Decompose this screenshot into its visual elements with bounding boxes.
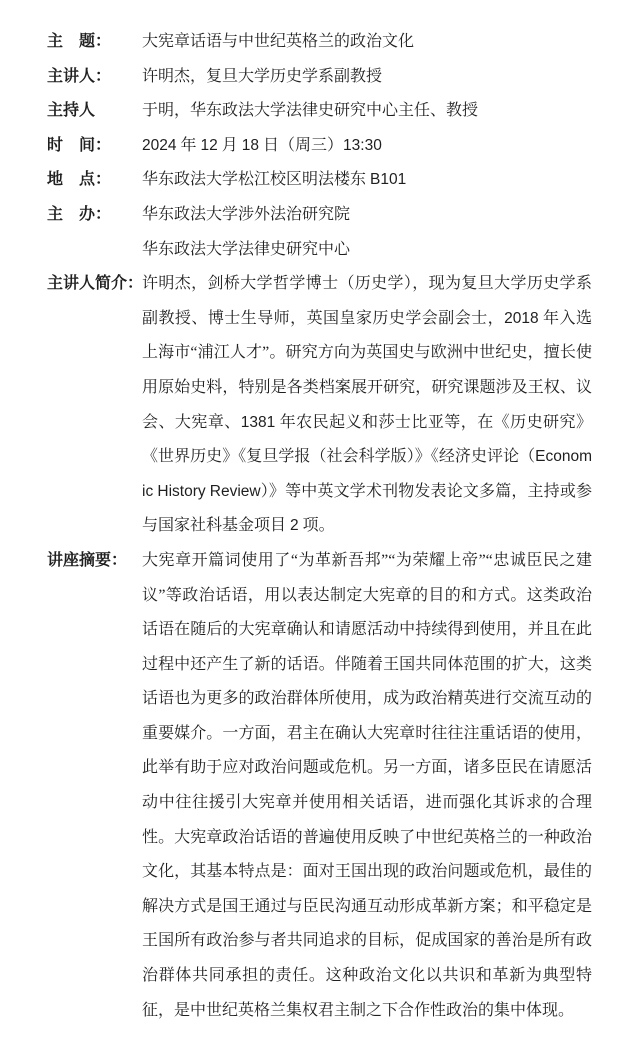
field-label-organizer: 主 办： [47, 198, 142, 233]
field-content-venue: 华东政法大学松江校区明法楼东 B101 [142, 163, 592, 198]
field-label-speaker: 主讲人： [47, 60, 142, 95]
field-content-time: 2024 年 12 月 18 日（周三）13:30 [142, 129, 592, 164]
row-venue: 地 点： 华东政法大学松江校区明法楼东 B101 [47, 163, 592, 198]
text-line: 2024 年 12 月 18 日（周三）13:30 [142, 129, 592, 164]
lecture-notice-document: 主 题： 大宪章话语与中世纪英格兰的政治文化 主讲人： 许明杰，复旦大学历史学系… [0, 0, 639, 1046]
field-content-subject: 大宪章话语与中世纪英格兰的政治文化 [142, 25, 592, 60]
latin-text: History [157, 483, 205, 500]
field-label-host: 主持人 [47, 94, 142, 129]
field-label-venue: 地 点： [47, 163, 142, 198]
field-content-speaker: 许明杰，复旦大学历史学系副教授 [142, 60, 592, 95]
latin-text: Review [210, 483, 261, 500]
row-time: 时 间： 2024 年 12 月 18 日（周三）13:30 [47, 129, 592, 164]
latin-text: 18 [242, 137, 259, 154]
text-line: 大宪章话语与中世纪英格兰的政治文化 [142, 25, 592, 60]
field-content-abstract: 大宪章开篇词使用了“为革新吾邦”“为荣耀上帝”“忠诚臣民之建议”等政治话语，用以… [142, 544, 592, 1028]
field-label-subject: 主 题： [47, 25, 142, 60]
row-speaker: 主讲人： 许明杰，复旦大学历史学系副教授 [47, 60, 592, 95]
row-speaker-bio: 主讲人简介： 许明杰，剑桥大学哲学博士（历史学），现为复旦大学历史学系副教授、博… [47, 267, 592, 544]
text-line: 大宪章开篇词使用了“为革新吾邦”“为荣耀上帝”“忠诚臣民之建议”等政治话语，用以… [142, 544, 592, 1028]
latin-text: 2018 [504, 310, 538, 327]
row-organizer: 主 办： 华东政法大学涉外法治研究院华东政法大学法律史研究中心 [47, 198, 592, 267]
row-host: 主持人 于明，华东政法大学法律史研究中心主任、教授 [47, 94, 592, 129]
text-line: 华东政法大学法律史研究中心 [142, 233, 592, 268]
text-line: 华东政法大学涉外法治研究院 [142, 198, 592, 233]
latin-text: 2 [290, 517, 299, 534]
field-content-organizer: 华东政法大学涉外法治研究院华东政法大学法律史研究中心 [142, 198, 592, 267]
field-label-time: 时 间： [47, 129, 142, 164]
latin-text: B101 [370, 171, 406, 188]
field-content-speaker-bio: 许明杰，剑桥大学哲学博士（历史学），现为复旦大学历史学系副教授、博士生导师，英国… [142, 267, 592, 544]
row-subject: 主 题： 大宪章话语与中世纪英格兰的政治文化 [47, 25, 592, 60]
latin-text: 13:30 [343, 137, 382, 154]
field-label-speaker-bio: 主讲人简介： [47, 267, 142, 302]
text-line: 许明杰，剑桥大学哲学博士（历史学），现为复旦大学历史学系副教授、博士生导师，英国… [142, 267, 592, 544]
field-content-host: 于明，华东政法大学法律史研究中心主任、教授 [142, 94, 592, 129]
text-line: 许明杰，复旦大学历史学系副教授 [142, 60, 592, 95]
text-line: 于明，华东政法大学法律史研究中心主任、教授 [142, 94, 592, 129]
field-label-abstract: 讲座摘要： [47, 544, 142, 579]
row-abstract: 讲座摘要： 大宪章开篇词使用了“为革新吾邦”“为荣耀上帝”“忠诚臣民之建议”等政… [47, 544, 592, 1028]
latin-text: 12 [201, 137, 218, 154]
text-line: 华东政法大学松江校区明法楼东 B101 [142, 163, 592, 198]
latin-text: 2024 [142, 137, 176, 154]
latin-text: 1381 [241, 414, 275, 431]
